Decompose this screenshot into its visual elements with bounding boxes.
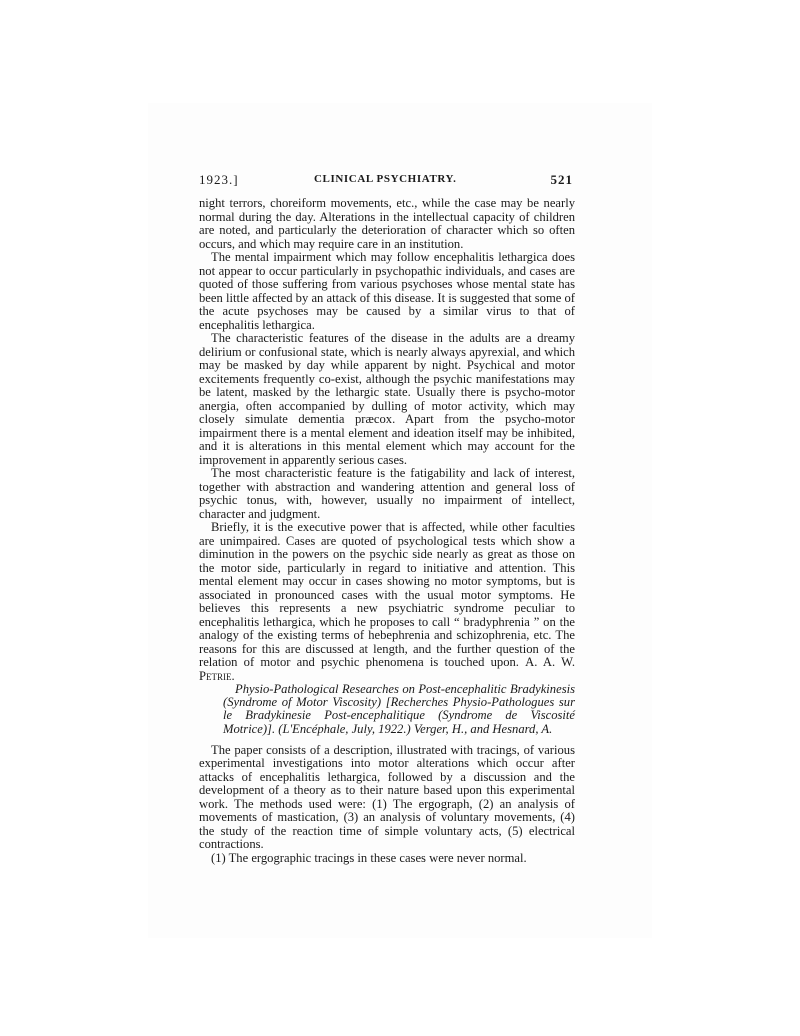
abstract-heading: Physio-Pathological Researches on Post-e…	[199, 683, 575, 736]
page-number: 521	[551, 172, 574, 188]
paragraph: Briefly, it is the executive power that …	[199, 520, 575, 669]
abstract-paragraph: (1) The ergographic tracings in these ca…	[199, 852, 575, 866]
running-head-year: 1923.]	[199, 172, 239, 188]
paragraph: The mental impairment which may follow e…	[199, 251, 575, 332]
running-head: 1923.] CLINICAL PSYCHIATRY. 521	[199, 172, 575, 188]
running-head-section-title: CLINICAL PSYCHIATRY.	[314, 173, 456, 185]
paragraph: night terrors, choreiform movements, etc…	[199, 197, 575, 251]
body-text: night terrors, choreiform movements, etc…	[199, 197, 575, 865]
paragraph: The most characteristic feature is the f…	[199, 467, 575, 521]
abstract-paragraph: The paper consists of a description, ill…	[199, 744, 575, 852]
paragraph-with-signature: Briefly, it is the executive power that …	[199, 521, 575, 683]
paragraph: The characteristic features of the disea…	[199, 332, 575, 467]
